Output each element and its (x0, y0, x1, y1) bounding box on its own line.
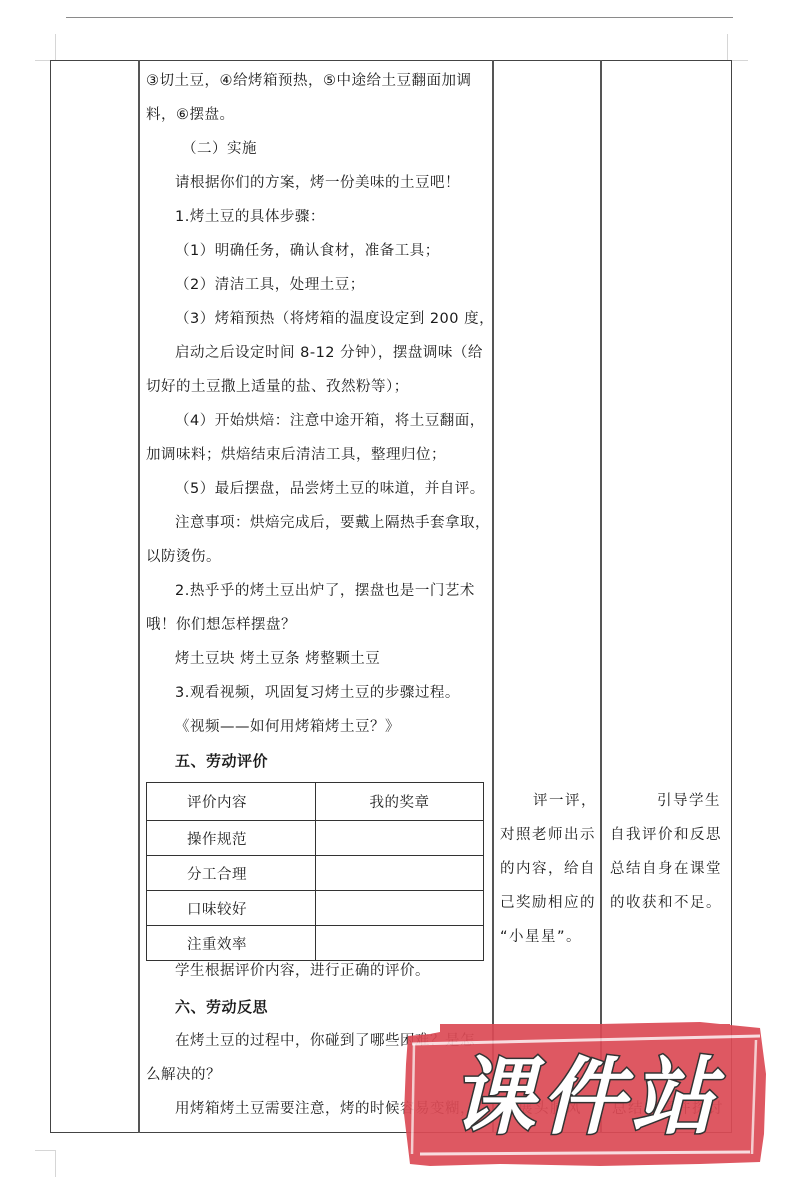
note-line: 注意事项：烘焙完成后，要戴上隔热手套拿取， (175, 513, 492, 533)
rubric-criterion: 注重效率 (147, 926, 316, 961)
video-title: 《视频——如何用烤箱烤土豆？》 (175, 717, 492, 737)
text-line: 启动之后设定时间 8-12 分钟），摆盘调味（给 (175, 343, 492, 363)
design-intent-line: 总结自身在课堂 (610, 859, 722, 879)
rubric-header-cell: 我的奖章 (316, 783, 484, 821)
teaching-process-cell: ③切土豆，④给烤箱预热，⑤中途给土豆翻面加调 料，⑥摆盘。 （二）实施 请根据你… (139, 60, 492, 1133)
rubric-row: 操作规范 (147, 821, 484, 856)
rubric-medal-cell (316, 891, 484, 926)
design-intent-line: 引导学生 (657, 791, 721, 811)
text-line: 料，⑥摆盘。 (146, 105, 492, 125)
page-corner-mark (35, 34, 56, 61)
student-activity-line: 对照老师出示 (500, 825, 596, 845)
rubric-medal-cell (316, 856, 484, 891)
text-line: 3.观看视频，巩固复习烤土豆的步骤过程。 (175, 683, 492, 703)
text-line: 学生根据评价内容，进行正确的评价。 (175, 961, 492, 981)
rubric-criterion: 分工合理 (147, 856, 316, 891)
section-title-evaluation: 五、劳动评价 (175, 751, 492, 771)
rubric-criterion: 操作规范 (147, 821, 316, 856)
page-corner-mark (35, 1150, 56, 1177)
rubric-medal-cell (316, 821, 484, 856)
rubric-header-row: 评价内容 我的奖章 (147, 783, 484, 821)
student-activity-line: “小星星”。 (500, 927, 582, 947)
rubric-criterion: 口味较好 (147, 891, 316, 926)
design-intent-line: 的收获和不足。 (610, 893, 722, 913)
rubric-row: 口味较好 (147, 891, 484, 926)
text-line: 切好的土豆撒上适量的盐、孜然粉等）； (146, 377, 492, 397)
watermark-stamp: 课件站 (400, 1014, 772, 1172)
plating-options: 烤土豆块 烤土豆条 烤整颗土豆 (175, 649, 492, 669)
student-activity-line: 己奖励相应的 (500, 893, 596, 913)
rubric-header-cell: 评价内容 (147, 783, 316, 821)
design-intent-line: 自我评价和反思 (610, 825, 722, 845)
column-divider (492, 60, 494, 1133)
page-header-rule (66, 17, 733, 18)
step-item: （5）最后摆盘，品尝烤土豆的味道，并自评。 (175, 479, 492, 499)
student-activity-line: 的内容，给自 (500, 859, 596, 879)
step-item: （2）清洁工具，处理土豆； (175, 275, 492, 295)
page-corner-mark (727, 34, 748, 61)
text-line: ③切土豆，④给烤箱预热，⑤中途给土豆翻面加调 (146, 71, 492, 91)
step-item: （4）开始烘焙：注意中途开箱，将土豆翻面， (175, 411, 492, 431)
step-item: （3）烤箱预热（将烤箱的温度设定到 200 度， (175, 309, 492, 329)
text-line: 1.烤土豆的具体步骤： (175, 207, 492, 227)
rubric-medal-cell (316, 926, 484, 961)
evaluation-rubric-table: 评价内容 我的奖章 操作规范 分工合理 口味较好 注重效率 (146, 782, 484, 961)
text-line: 2.热乎乎的烤土豆出炉了，摆盘也是一门艺术 (175, 581, 492, 601)
rubric-row: 注重效率 (147, 926, 484, 961)
text-line: 以防烫伤。 (146, 547, 492, 567)
watermark-text: 课件站 (451, 1048, 725, 1146)
text-line: 哦！你们想怎样摆盘？ (146, 615, 492, 635)
student-activity-line: 评一评， (533, 791, 597, 811)
subsection-heading: （二）实施 (182, 139, 492, 159)
text-line: 请根据你们的方案，烤一份美味的土豆吧！ (175, 173, 492, 193)
text-line: 加调味料；烘焙结束后清洁工具，整理归位； (146, 445, 492, 465)
column-divider (600, 60, 602, 1133)
step-item: （1）明确任务，确认食材，准备工具； (175, 241, 492, 261)
rubric-row: 分工合理 (147, 856, 484, 891)
